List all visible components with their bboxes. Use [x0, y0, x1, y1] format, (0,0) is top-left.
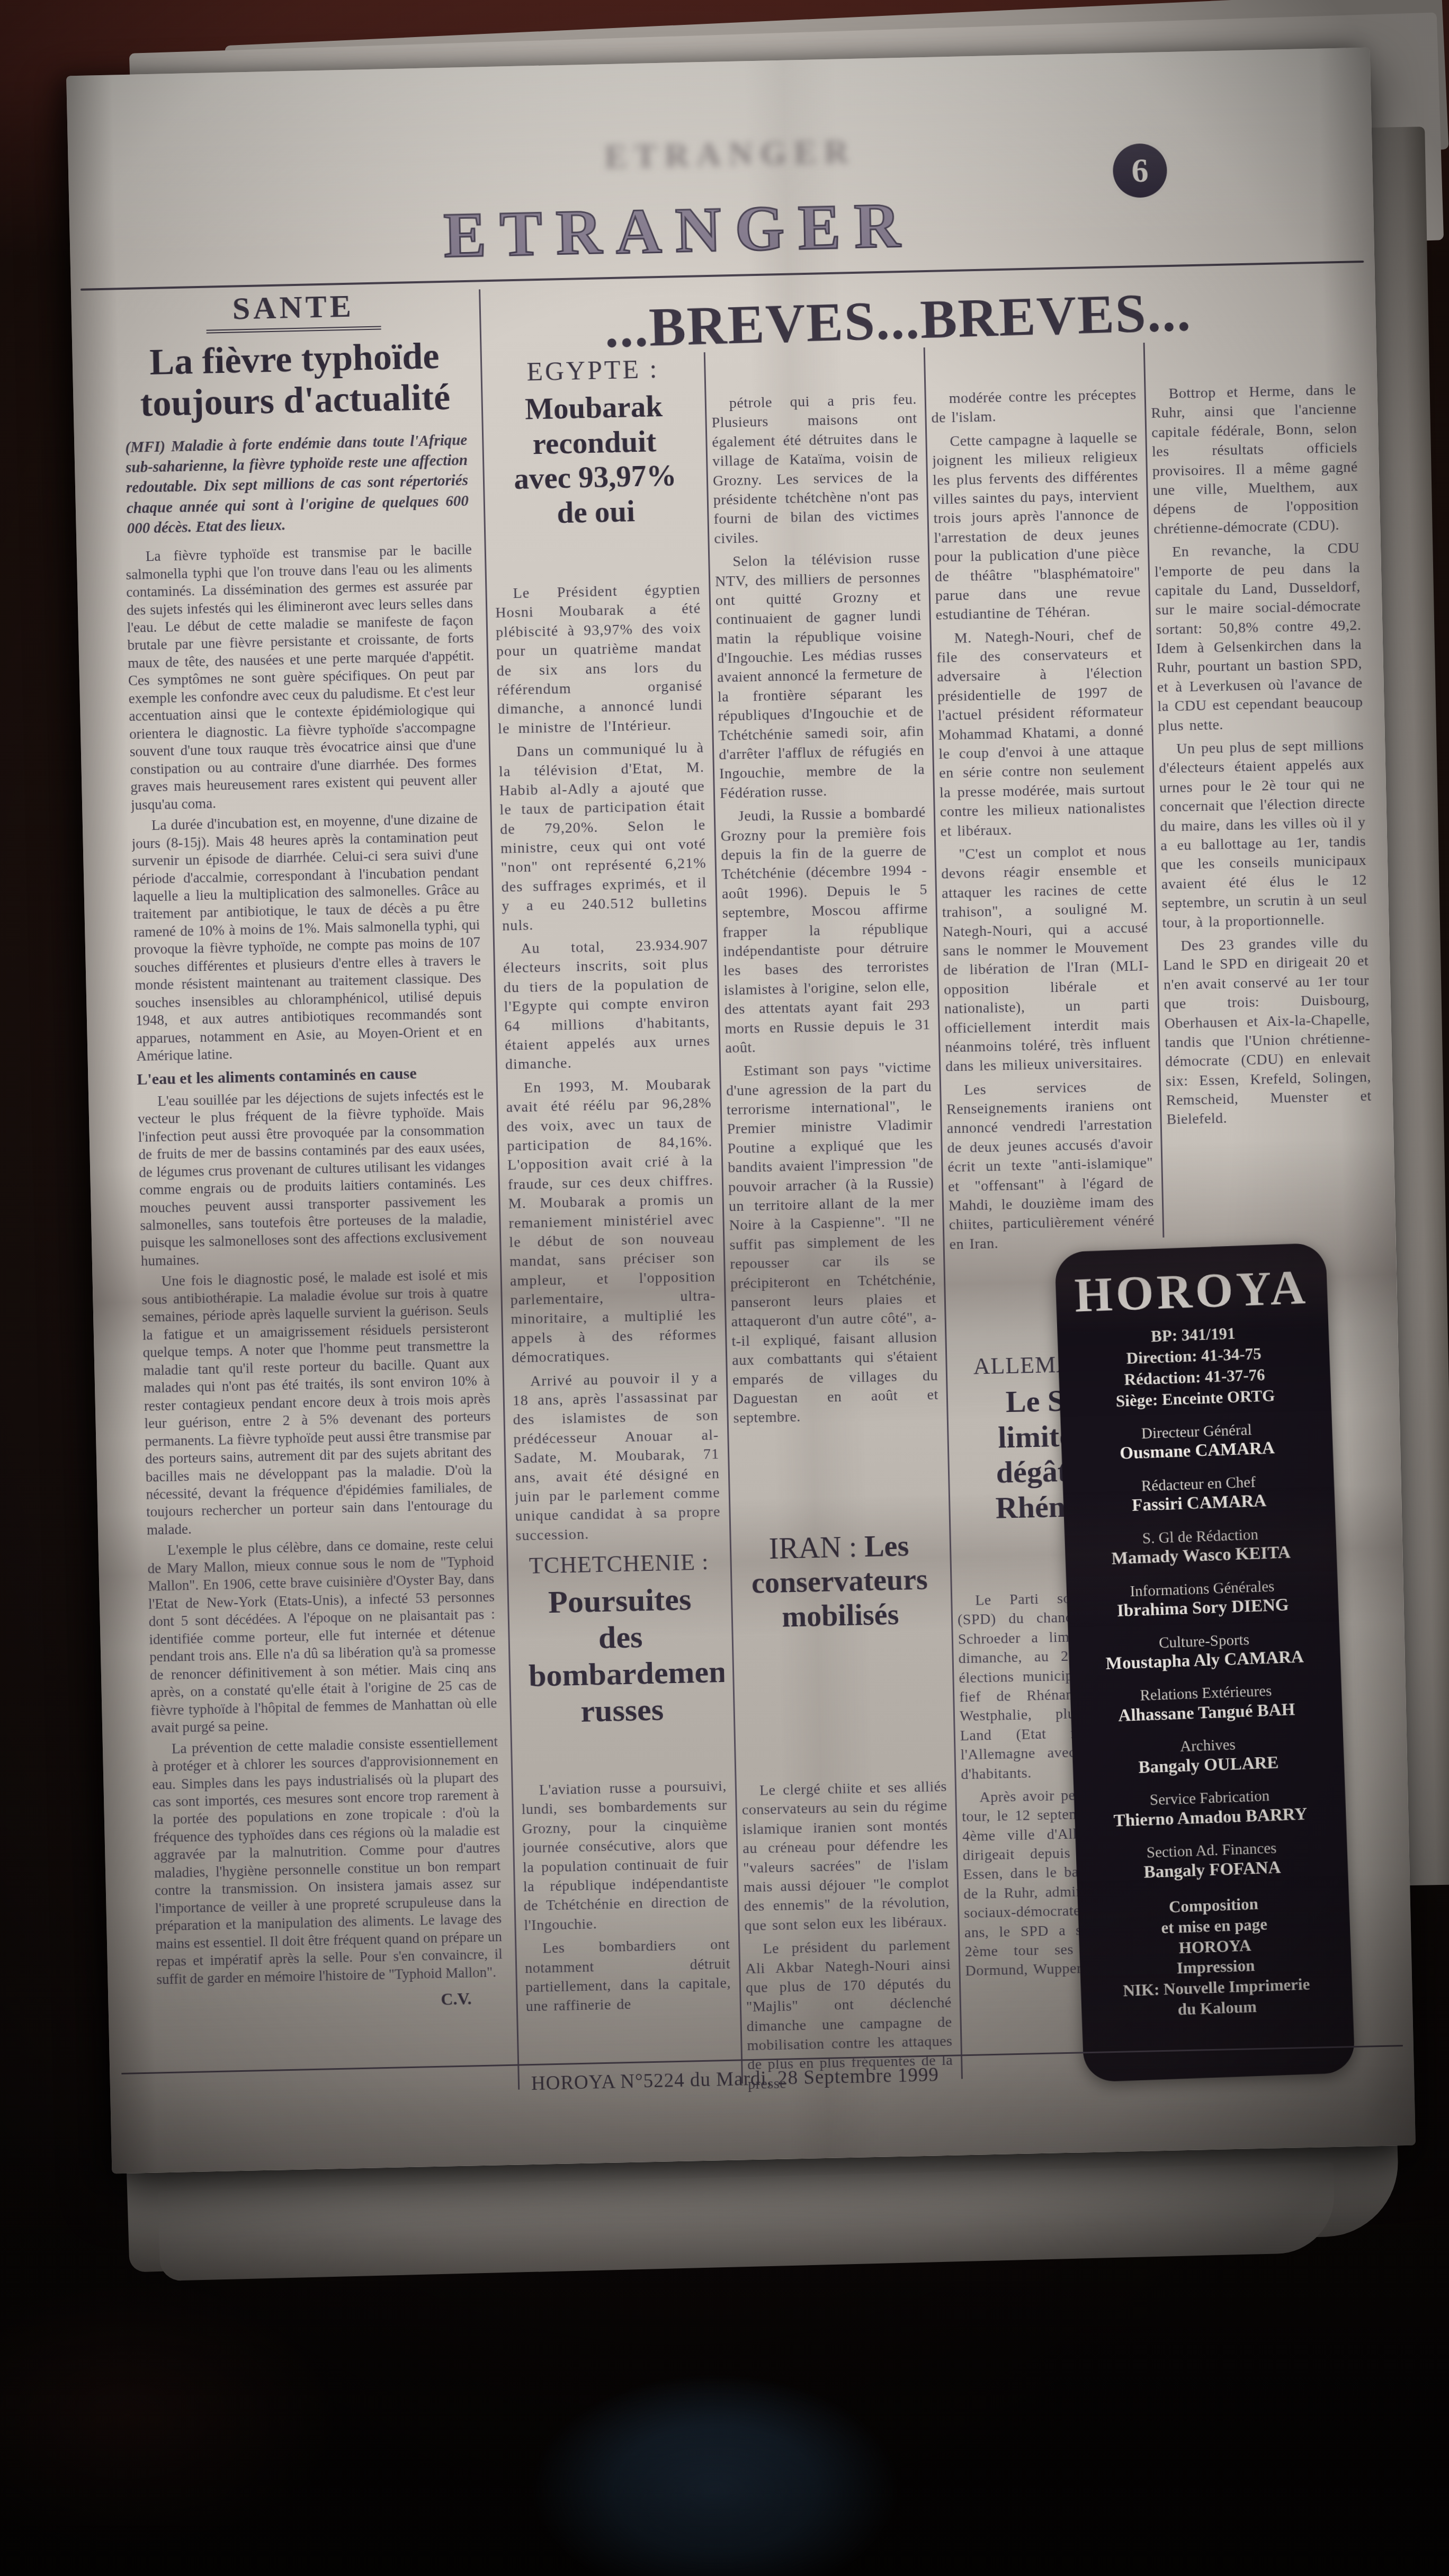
article-lede: (MFI) Maladie à forte endémie dans toute…	[125, 430, 469, 539]
masthead-staff-entry: ArchivesBangaly OULARE	[1084, 1733, 1332, 1781]
masthead-staff-entry: Informations GénéralesIbrahima Sory DIEN…	[1078, 1576, 1327, 1623]
section-title: ETRANGER	[344, 186, 1013, 274]
newspaper-page: ETRANGER ETRANGER 6 ...BREVES...BREVES..…	[66, 48, 1416, 2174]
article-paragraph: Dans un communiqué lu à la télévision d'…	[498, 738, 708, 935]
masthead-title: HOROYA	[1067, 1261, 1316, 1321]
masthead-staff-entry: Culture-SportsMoustapha Aly CAMARA	[1080, 1628, 1329, 1676]
article-paragraph: L'aviation russe a poursuivi, lundi, ses…	[521, 1777, 730, 1936]
article-paragraph: Selon la télévision russe NTV, des milli…	[714, 549, 925, 803]
article-paragraph: La durée d'incubation est, en moyenne, d…	[131, 810, 483, 1066]
article-headline: IRAN : Les conservateurs mobilisés	[736, 1528, 943, 1635]
article-paragraph: Au total, 23.934.907 électeurs inscrits,…	[503, 935, 711, 1075]
masthead-staff-list: Directeur GénéralOusmane CAMARARédacteur…	[1072, 1419, 1337, 1885]
newspaper-photo: { "colors":{"paper":"#cbc4bd","ink":"#46…	[0, 0, 1449, 2576]
masthead-staff-entry: Section Ad. FinancesBangaly FOFANA	[1087, 1838, 1336, 1885]
article-signature: C.V.	[157, 1989, 472, 2016]
article-paragraph: modérée contre les préceptes de l'islam.	[931, 385, 1137, 428]
article-paragraph: Des 23 grandes ville du Land le SPD en d…	[1162, 933, 1372, 1130]
article-paragraph: Le Président égyptien Hosni Moubarak a é…	[495, 580, 703, 739]
article-paragraph: pétrole qui a pris feu. Plusieurs maison…	[711, 390, 919, 549]
article-egypte-body: Le Président égyptien Hosni Moubarak a é…	[495, 580, 721, 1543]
ink-bleed-ghost-text: ETRANGER	[544, 130, 916, 177]
masthead-production: Compositionet mise en pageHOROYAImpressi…	[1089, 1891, 1341, 2023]
article-paragraph: Les services de Renseignements iraniens …	[946, 1077, 1155, 1255]
masthead-staff-entry: Service FabricationThierno Amadou BARRY	[1086, 1785, 1335, 1833]
masthead-box: HOROYA BP: 341/191Direction: 41-34-75Réd…	[1054, 1242, 1355, 2082]
article-kicker: EGYPTE :	[490, 353, 696, 388]
article-paragraph: Le clergé chiite et ses alliés conservat…	[741, 1777, 950, 1936]
article-egypte-head: EGYPTE : Moubarak reconduit avec 93,97% …	[490, 353, 700, 579]
article-paragraph: Cette campagne à laquelle se joignent le…	[932, 428, 1141, 625]
masthead-staff-entry: Directeur GénéralOusmane CAMARA	[1072, 1419, 1321, 1466]
article-headline: Poursuites des bombardements russes	[526, 1580, 715, 1731]
article-headline: Moubarak reconduit avec 93,97% de oui	[506, 389, 684, 531]
page-number-badge: 6	[1112, 143, 1167, 198]
article-iran-head: IRAN : Les conservateurs mobilisés	[736, 1528, 946, 1755]
article-paragraph: Estimant son pays "victime d'une agressi…	[726, 1058, 939, 1428]
article-sante: SANTE La fièvre typhoïde toujours d'actu…	[120, 285, 505, 2065]
article-paragraph: L'exemple le plus célèbre, dans ce domai…	[147, 1535, 498, 1737]
article-paragraph: Un peu plus de sept millions d'électeurs…	[1158, 736, 1368, 933]
article-kicker: IRAN :	[768, 1531, 857, 1566]
masthead-staff-entry: Rédacteur en ChefFassiri CAMARA	[1074, 1471, 1323, 1519]
article-tchetchenie-head: TCHETCHENIE : Poursuites des bombardemen…	[516, 1548, 726, 1769]
article-subhead: L'eau et les aliments contaminés en caus…	[137, 1063, 484, 1088]
article-kicker: TCHETCHENIE :	[516, 1548, 722, 1579]
article-kicker: SANTE	[205, 287, 381, 333]
masthead-staff-entry: S. Gl de RédactionMamady Wasco KEITA	[1076, 1524, 1325, 1571]
article-paragraph: Arrivé au pouvoir il y a 18 ans, après l…	[512, 1368, 721, 1543]
article-paragraph: "C'est un complot et nous devons réagir …	[941, 841, 1151, 1077]
article-tchetchenie-continuation: pétrole qui a pris feu. Plusieurs maison…	[711, 390, 941, 1522]
article-iran-continuation: modérée contre les préceptes de l'islam.…	[931, 385, 1157, 1348]
breves-column-1: EGYPTE : Moubarak reconduit avec 93,97% …	[490, 353, 734, 2136]
article-paragraph: Bottrop et Herme, dans le Ruhr, ainsi qu…	[1150, 380, 1359, 539]
article-body: La fièvre typhoïde est transmise par le …	[126, 541, 483, 1066]
article-allemagne-continuation: Bottrop et Herme, dans le Ruhr, ainsi qu…	[1150, 380, 1375, 1253]
breves-column-2: pétrole qui a pris feu. Plusieurs maison…	[710, 347, 954, 2131]
page-content: ETRANGER ETRANGER 6 ...BREVES...BREVES..…	[66, 48, 1416, 2174]
article-paragraph: L'eau souillée par les déjections de suj…	[137, 1085, 487, 1270]
article-paragraph: Une fois le diagnostic posé, le malade e…	[141, 1266, 493, 1539]
article-body: L'eau souillée par les déjections de suj…	[137, 1085, 503, 1988]
article-paragraph: En revanche, la CDU l'emporte de peu dan…	[1154, 539, 1364, 736]
article-paragraph: Les bombardiers ont notamment détruit pa…	[524, 1935, 731, 2017]
article-paragraph: En 1993, M. Moubarak avait été réélu par…	[506, 1075, 718, 1368]
article-headline: La fièvre typhoïde toujours d'actualité	[121, 335, 469, 426]
masthead-contact: BP: 341/191Direction: 41-34-75Rédaction:…	[1069, 1320, 1319, 1414]
article-paragraph: La prévention de cette maladie consiste …	[151, 1733, 503, 1989]
article-paragraph: Jeudi, la Russie a bombardé Grozny pour …	[720, 803, 931, 1058]
article-paragraph: M. Nategh-Nouri, chef de file des conser…	[936, 625, 1146, 842]
masthead-staff-entry: Relations ExtérieuresAlhassane Tangué BA…	[1082, 1680, 1331, 1728]
article-paragraph: La fièvre typhoïde est transmise par le …	[126, 541, 478, 814]
